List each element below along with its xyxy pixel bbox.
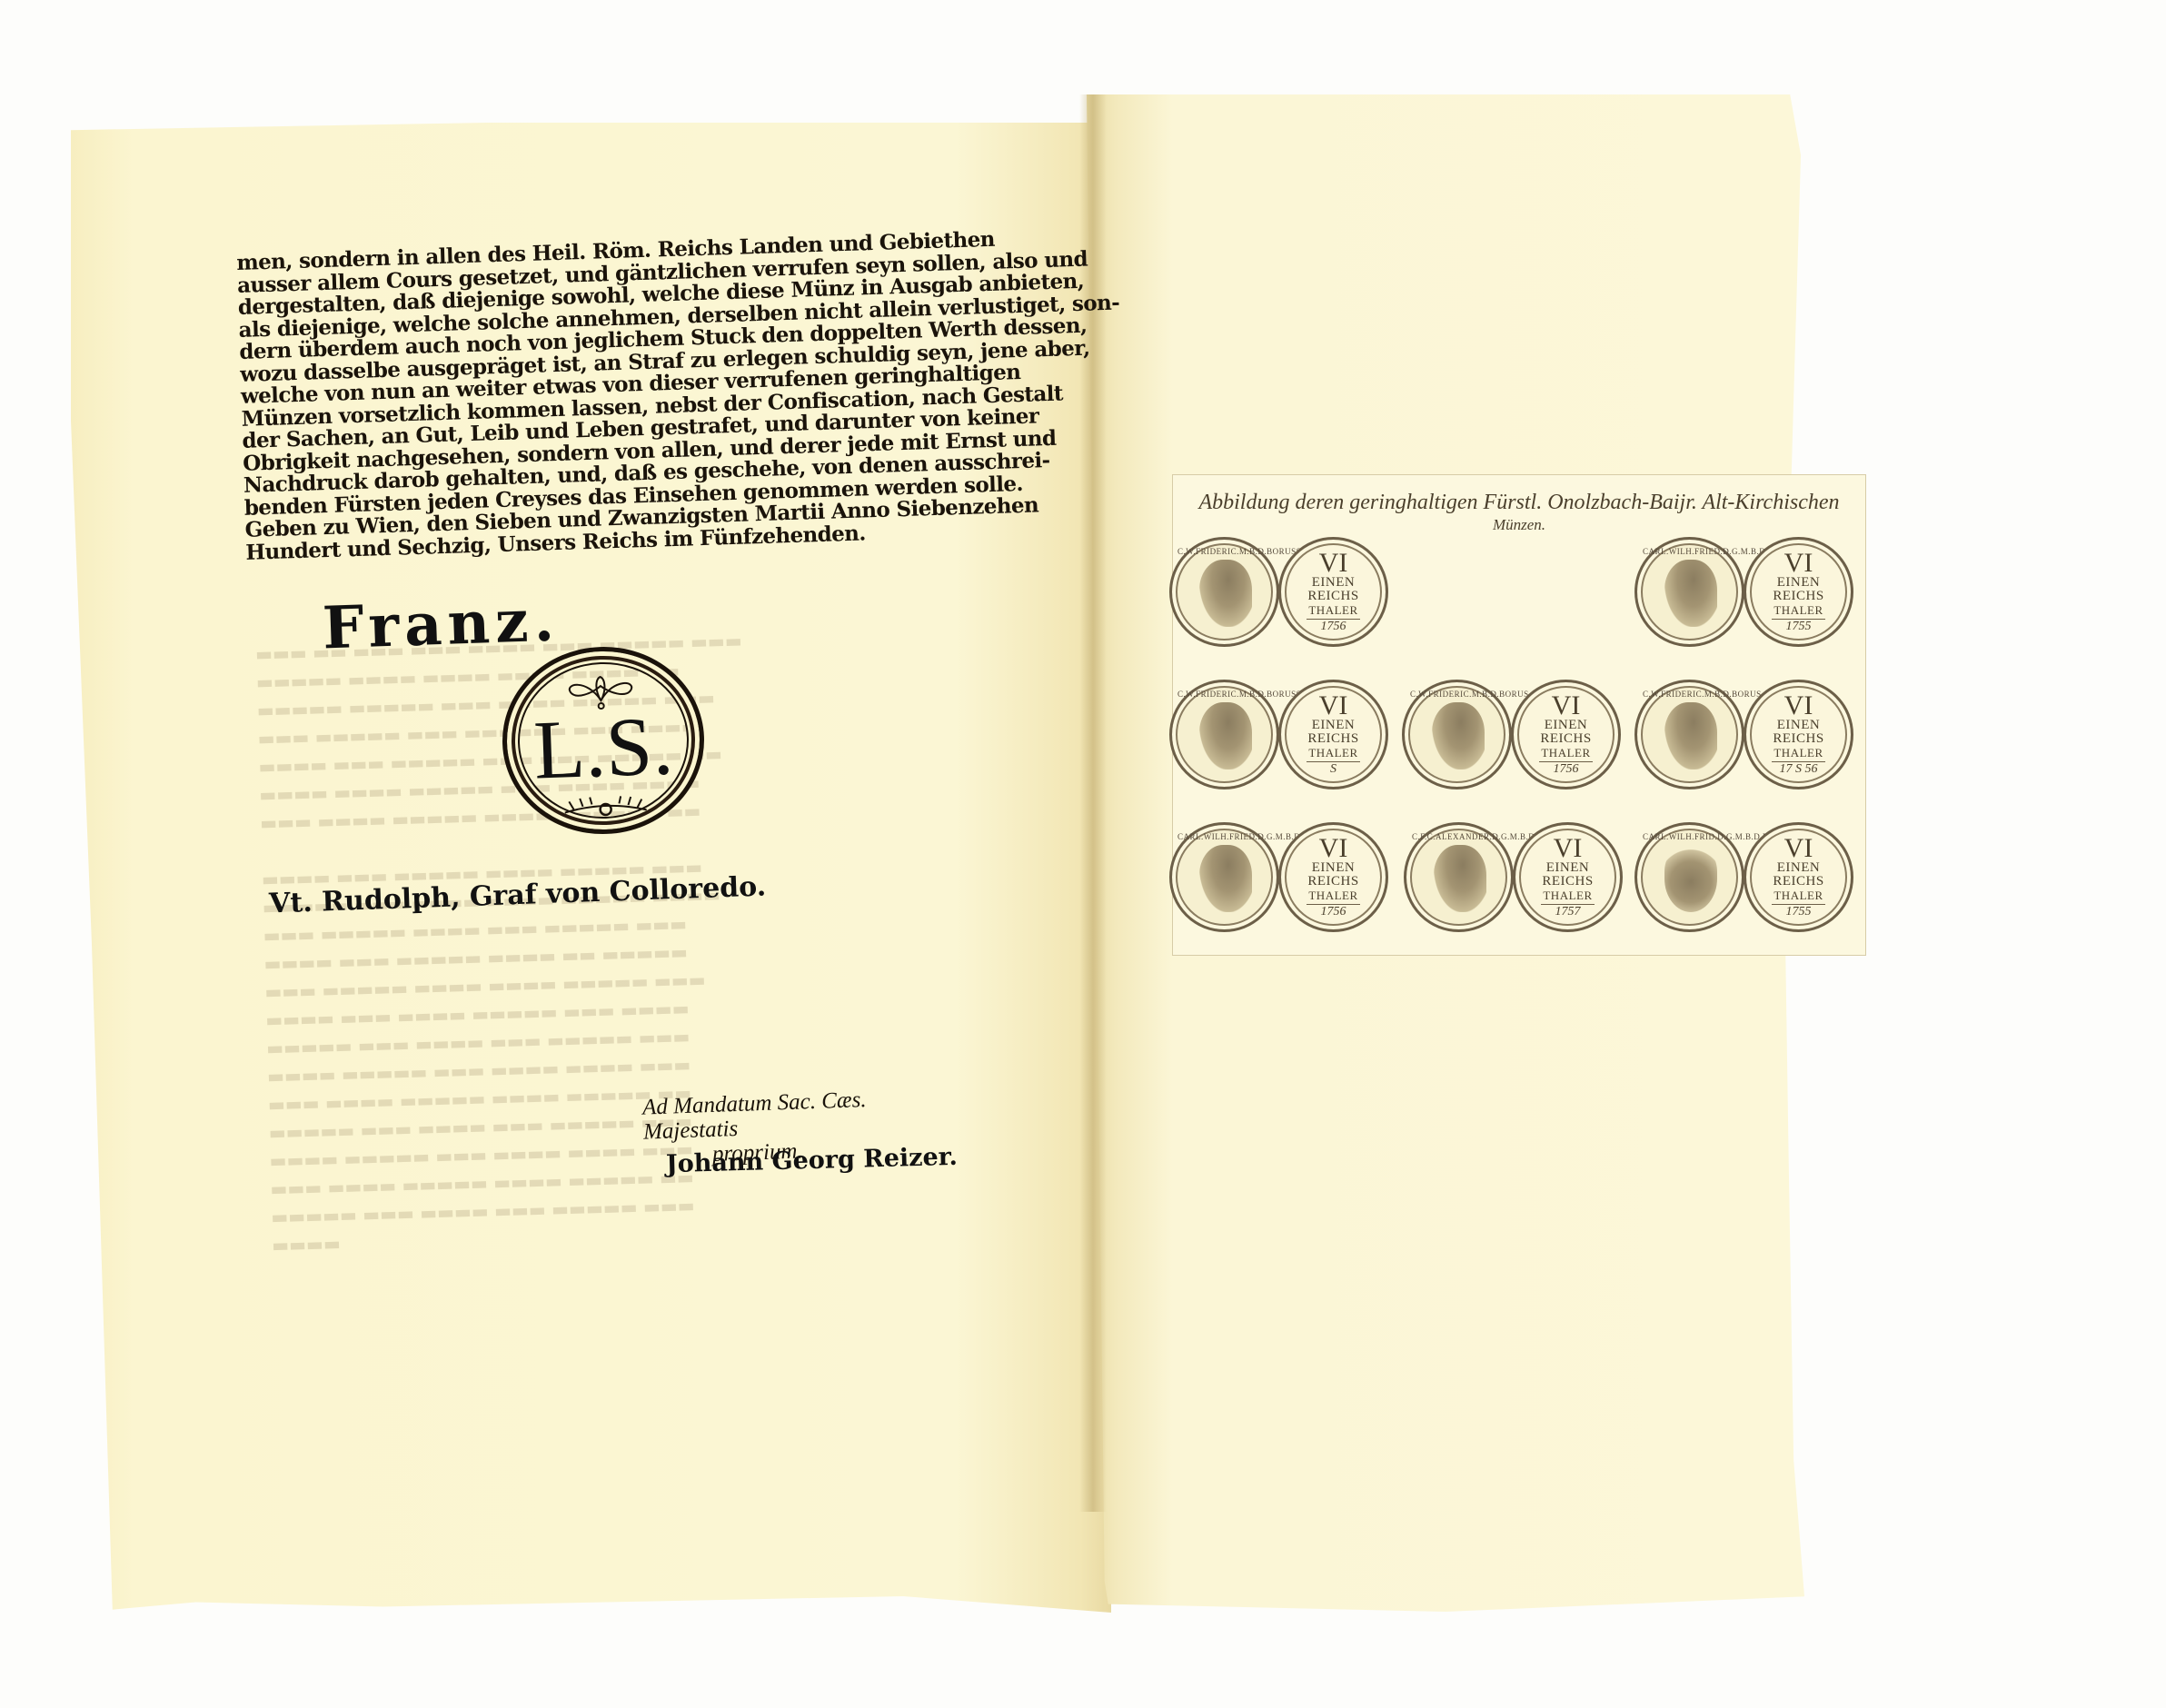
coin-plate: Abbildung deren geringhaltigen Fürstl. O… <box>1172 474 1866 956</box>
coin-pair: CARL.WILH.FRIED.D.G.M.B.D.P.C.S.&.IV. VI… <box>1631 537 1858 646</box>
reverse-text: THALER <box>1746 889 1851 902</box>
coin-reverse: VIEINENREICHSTHALERS <box>1278 680 1388 789</box>
reverse-text: REICHS <box>1281 875 1386 889</box>
reverse-text: EINEN <box>1281 861 1386 875</box>
plate-title: Abbildung deren geringhaltigen Fürstl. O… <box>1180 492 1858 513</box>
coin-legend: C.W.FRIDERIC.M.B.D.BORUSS.&.III. <box>1177 547 1268 556</box>
coin-reverse: VIEINENREICHSTHALER1755 <box>1744 537 1853 647</box>
reverse-text: THALER <box>1515 889 1620 902</box>
reverse-text: EINEN <box>1514 719 1618 732</box>
mandate-line: Ad Mandatum Sac. Cæs. Majestatis <box>642 1087 867 1145</box>
coin-pair: CARL.WILH.FRIED.D.G.M.B.D.P.C.S.&. VIEIN… <box>1166 822 1393 931</box>
reverse-text: REICHS <box>1514 732 1618 746</box>
coin-year: 1755 <box>1772 904 1825 919</box>
denomination: VI <box>1515 836 1620 861</box>
denomination: VI <box>1281 551 1386 576</box>
denomination: VI <box>1281 693 1386 719</box>
coin-year: 1756 <box>1307 619 1360 634</box>
coin-obverse: C.W.FRIDERIC.M.B.D.BORUS.&.III. <box>1402 680 1512 789</box>
denomination: VI <box>1746 693 1851 719</box>
reverse-text: THALER <box>1281 603 1386 617</box>
reverse-text: EINEN <box>1746 861 1851 875</box>
coin-obverse: C.W.FRIDERIC.M.B.D.BORUSS.E.III. <box>1169 680 1279 789</box>
reverse-text: EINEN <box>1281 719 1386 732</box>
coin-obverse: C.F.C.ALEXANDER.D.G.M.B.D.B.&. <box>1404 822 1514 932</box>
portrait-bust-icon <box>1432 702 1485 770</box>
denomination: VI <box>1746 836 1851 861</box>
coin-obverse: CARL.WILH.FRIED.D.G.M.B.D.P.C.S.&.IV. <box>1634 537 1744 647</box>
coin-legend: CARL.WILH.FRID.D.G.M.B.D.P.&.C.S.N. <box>1643 832 1734 841</box>
portrait-bust-icon <box>1199 702 1252 770</box>
reverse-text: EINEN <box>1746 576 1851 590</box>
coin-legend: C.F.C.ALEXANDER.D.G.M.B.D.B.&. <box>1412 832 1503 841</box>
coin-year: 1756 <box>1539 761 1593 777</box>
reverse-text: EINEN <box>1515 861 1620 875</box>
reverse-text: EINEN <box>1281 576 1386 590</box>
coin-year: 17 S 56 <box>1772 761 1825 777</box>
coin-reverse: VIEINENREICHSTHALER17 S 56 <box>1744 680 1853 789</box>
reverse-text: REICHS <box>1746 732 1851 746</box>
denomination: VI <box>1281 836 1386 861</box>
coin-reverse: VIEINENREICHSTHALER1756 <box>1278 537 1388 647</box>
reverse-text: REICHS <box>1281 590 1386 603</box>
laurel-sprig-icon <box>560 793 651 819</box>
coin-pair: C.W.FRIDERIC.M.B.D.BORUS.&.III. VIEINENR… <box>1398 680 1625 789</box>
coin-obverse: CARL.WILH.FRIED.D.G.M.B.D.P.C.S.&. <box>1169 822 1279 932</box>
denomination: VI <box>1514 693 1618 719</box>
portrait-bust-icon <box>1664 560 1717 627</box>
reverse-text: THALER <box>1746 746 1851 760</box>
coin-pair: C.W.FRIDERIC.M.B.D.BORUSS.E.III. VIEINEN… <box>1166 680 1393 789</box>
reverse-text: REICHS <box>1515 875 1620 889</box>
portrait-bust-icon <box>1199 560 1252 627</box>
coin-reverse: VIEINENREICHSTHALER1755 <box>1744 822 1853 932</box>
coin-obverse: CARL.WILH.FRID.D.G.M.B.D.P.&.C.S.N. <box>1634 822 1744 932</box>
coin-legend: CARL.WILH.FRIED.D.G.M.B.D.P.C.S.&. <box>1177 832 1268 841</box>
coin-legend: C.W.FRIDERIC.M.B.D.BORUS.&.III. <box>1410 690 1501 699</box>
reverse-text: REICHS <box>1746 875 1851 889</box>
coin-obverse: C.W.FRIDERIC.M.B.D.BORUSS.&.III. <box>1169 537 1279 647</box>
coin-year: 1756 <box>1307 904 1360 919</box>
coin-reverse: VIEINENREICHSTHALER1757 <box>1513 822 1623 932</box>
coin-year: S <box>1307 761 1360 777</box>
coin-reverse: VIEINENREICHSTHALER1756 <box>1511 680 1621 789</box>
coin-legend: C.W.FRIDERIC.M.B.D.BORUSS.E.III. <box>1177 690 1268 699</box>
reverse-text: THALER <box>1514 746 1618 760</box>
decree-text: men, sondern in allen des Heil. Röm. Rei… <box>236 232 913 564</box>
coin-pair: CARL.WILH.FRID.D.G.M.B.D.P.&.C.S.N. VIEI… <box>1631 822 1858 931</box>
coin-pair: C.F.C.ALEXANDER.D.G.M.B.D.B.&. VIEINENRE… <box>1400 822 1627 931</box>
portrait-bust-icon <box>1434 845 1486 912</box>
coat-of-arms-icon <box>1664 845 1717 912</box>
reverse-text: REICHS <box>1281 732 1386 746</box>
coin-obverse: C.W.FRIDERIC.M.B.D.BORUS.&.III. <box>1634 680 1744 789</box>
coin-reverse: VIEINENREICHSTHALER1756 <box>1278 822 1388 932</box>
reverse-text: REICHS <box>1746 590 1851 603</box>
imperial-signature: Franz. <box>322 586 561 662</box>
reverse-text: THALER <box>1746 603 1851 617</box>
coin-year: 1755 <box>1772 619 1825 634</box>
coin-pair: C.W.FRIDERIC.M.B.D.BORUS.&.III. VIEINENR… <box>1631 680 1858 789</box>
portrait-bust-icon <box>1664 702 1717 770</box>
reverse-text: THALER <box>1281 889 1386 902</box>
reverse-text: THALER <box>1281 746 1386 760</box>
coin-legend: C.W.FRIDERIC.M.B.D.BORUS.&.III. <box>1643 690 1734 699</box>
reverse-text: EINEN <box>1746 719 1851 732</box>
plate-subtitle: Münzen. <box>1173 516 1865 534</box>
coin-year: 1757 <box>1541 904 1595 919</box>
denomination: VI <box>1746 551 1851 576</box>
coin-pair: C.W.FRIDERIC.M.B.D.BORUSS.&.III. VIEINEN… <box>1166 537 1393 646</box>
seal-letters: L.S. <box>506 702 701 792</box>
portrait-bust-icon <box>1199 845 1252 912</box>
coin-legend: CARL.WILH.FRIED.D.G.M.B.D.P.C.S.&.IV. <box>1643 547 1734 556</box>
